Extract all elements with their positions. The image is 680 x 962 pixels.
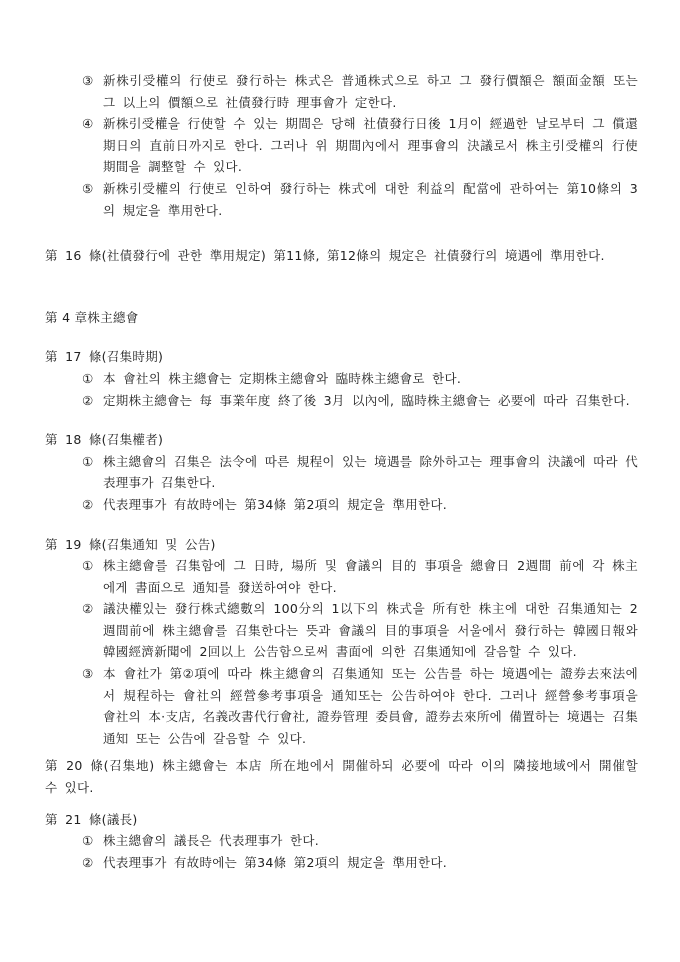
item-text: 議決權있는 發行株式總數의 100分의 1以下의 株式을 所有한 株主에 대한 … [103, 601, 638, 659]
clause-item-4: ④ 新株引受權을 行使할 수 있는 期間은 당해 社債發行日後 1月이 經過한 … [45, 113, 638, 178]
item-marker: ③ [82, 663, 94, 685]
clause-item: ① 株主總會의 召集은 法令에 따른 規程이 있는 境遇를 除外하고는 理事會의… [45, 451, 638, 494]
item-marker: ② [82, 852, 94, 874]
article-20-text: 第 20 條(召集地) 株主總會는 本店 所在地에서 開催하되 必要에 따라 이… [45, 755, 638, 798]
item-text: 本 會社의 株主總會는 定期株主總會와 臨時株主總會로 한다. [103, 371, 461, 386]
clause-item: ① 株主總會의 議長은 代表理事가 한다. [45, 830, 638, 852]
article-17-heading: 第 17 條(召集時期) [45, 346, 638, 368]
article-17: 第 17 條(召集時期) ① 本 會社의 株主總會는 定期株主總會와 臨時株主總… [45, 346, 638, 411]
item-text: 定期株主總會는 每 事業年度 終了後 3月 以內에, 臨時株主總會는 必要에 따… [103, 393, 630, 408]
item-text: 代表理事가 有故時에는 第34條 第2項의 規定을 準用한다. [103, 497, 447, 512]
article-19-heading: 第 19 條(召集通知 및 公告) [45, 534, 638, 556]
item-marker: ② [82, 494, 94, 516]
article-16-text: 第 16 條(社債發行에 관한 準用規定) 第11條, 第12條의 規定은 社債… [45, 245, 638, 267]
item-marker: ① [82, 830, 94, 852]
clause-item: ② 定期株主總會는 每 事業年度 終了後 3月 以內에, 臨時株主總會는 必要에… [45, 390, 638, 412]
item-marker: ③ [82, 70, 94, 92]
item-text: 新株引受權을 行使할 수 있는 期間은 당해 社債發行日後 1月이 經過한 날로… [103, 116, 638, 174]
clause-item: ③ 本 會社가 第②項에 따라 株主總會의 召集通知 또는 公告를 하는 境遇에… [45, 663, 638, 749]
clause-item: ② 代表理事가 有故時에는 第34條 第2項의 規定을 準用한다. [45, 852, 638, 874]
article-19: 第 19 條(召集通知 및 公告) ① 株主總會를 召集함에 그 日時, 場所 … [45, 534, 638, 750]
article-21-heading: 第 21 條(議長) [45, 809, 638, 831]
clause-item: ② 代表理事가 有故時에는 第34條 第2項의 規定을 準用한다. [45, 494, 638, 516]
chapter-4-heading: 第 4 章株主總會 [45, 307, 638, 329]
item-marker: ② [82, 390, 94, 412]
article-18-heading: 第 18 條(召集權者) [45, 429, 638, 451]
item-marker: ⑤ [82, 178, 94, 200]
article-18: 第 18 條(召集權者) ① 株主總會의 召集은 法令에 따른 規程이 있는 境… [45, 429, 638, 515]
item-text: 新株引受權의 行使로 인하여 發行하는 株式에 대한 利益의 配當에 관하여는 … [103, 181, 638, 218]
item-marker: ① [82, 368, 94, 390]
clause-item-5: ⑤ 新株引受權의 行使로 인하여 發行하는 株式에 대한 利益의 配當에 관하여… [45, 178, 638, 221]
item-text: 株主總會의 召集은 法令에 따른 規程이 있는 境遇를 除外하고는 理事會의 決… [103, 454, 638, 491]
clause-item: ② 議決權있는 發行株式總數의 100分의 1以下의 株式을 所有한 株主에 대… [45, 598, 638, 663]
clause-item: ① 本 會社의 株主總會는 定期株主總會와 臨時株主總會로 한다. [45, 368, 638, 390]
clause-item: ① 株主總會를 召集함에 그 日時, 場所 및 會議의 目的 事項을 總會日 2… [45, 555, 638, 598]
item-marker: ① [82, 451, 94, 473]
document-page: ③ 新株引受權의 行使로 發行하는 株式은 普通株式으로 하고 그 發行價額은 … [0, 0, 680, 962]
item-text: 新株引受權의 行使로 發行하는 株式은 普通株式으로 하고 그 發行價額은 額面… [103, 73, 638, 110]
article-21: 第 21 條(議長) ① 株主總會의 議長은 代表理事가 한다. ② 代表理事가… [45, 809, 638, 874]
intro-clause-list: ③ 新株引受權의 行使로 發行하는 株式은 普通株式으로 하고 그 發行價額은 … [45, 70, 638, 221]
item-text: 本 會社가 第②項에 따라 株主總會의 召集通知 또는 公告를 하는 境遇에는 … [103, 666, 638, 746]
item-text: 代表理事가 有故時에는 第34條 第2項의 規定을 準用한다. [103, 855, 447, 870]
item-marker: ① [82, 555, 94, 577]
clause-item-3: ③ 新株引受權의 行使로 發行하는 株式은 普通株式으로 하고 그 發行價額은 … [45, 70, 638, 113]
item-marker: ② [82, 598, 94, 620]
item-text: 株主總會의 議長은 代表理事가 한다. [103, 833, 319, 848]
item-text: 株主總會를 召集함에 그 日時, 場所 및 會議의 目的 事項을 總會日 2週間… [103, 558, 638, 595]
item-marker: ④ [82, 113, 94, 135]
